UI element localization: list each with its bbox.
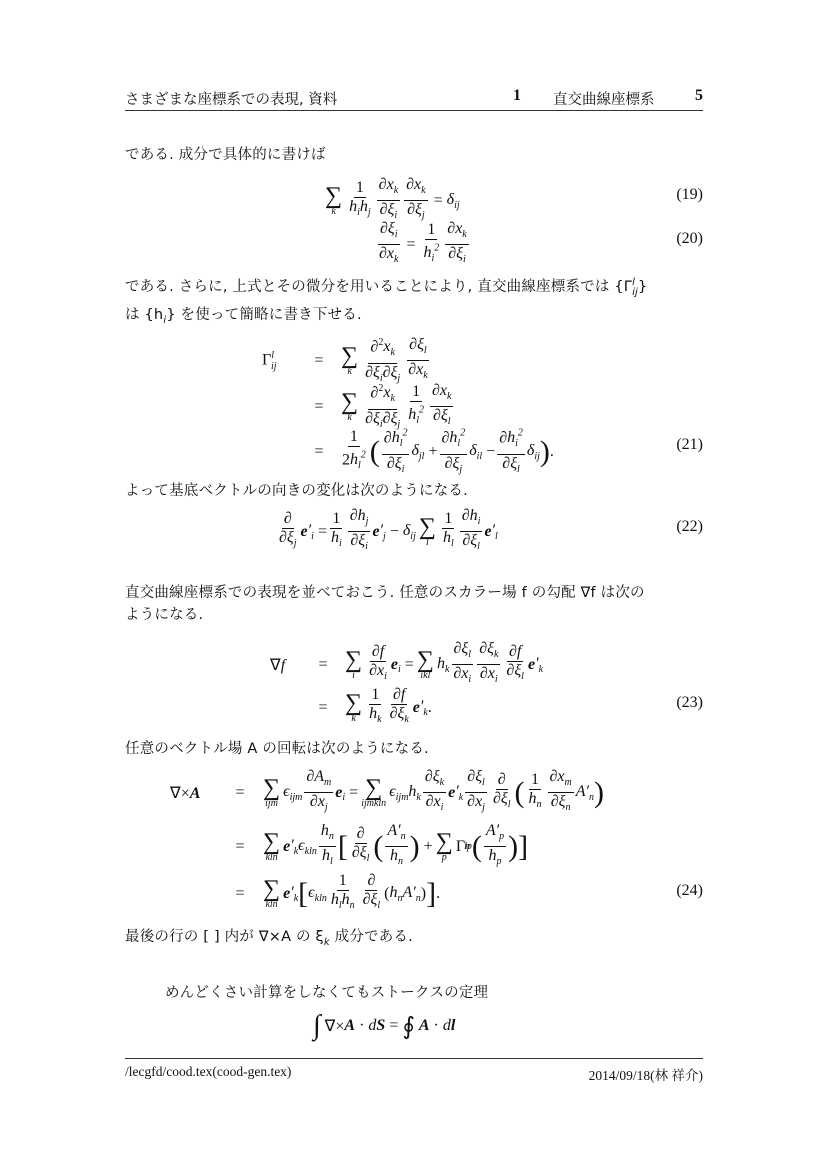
document-page: さまざまな座標系での表現, 資料 1 直交曲線座標系 5 である. 成分で具体的… — [0, 0, 826, 1169]
equation-22: ∂∂ξj e′i = 1hi ∂hj∂ξi e′j − δij ∑l 1hl ∂… — [275, 507, 498, 556]
stokes-theorem-equation: ∫ ∇×A · dS = ∮ A · dl — [313, 1010, 455, 1042]
equation-20: ∂ξi∂xk = 1hi2 ∂xk∂ξi — [375, 220, 471, 269]
equation-number-24: (24) — [676, 882, 703, 900]
section-number: 1 — [513, 87, 521, 105]
document-title: さまざまな座標系での表現, 資料 — [125, 88, 337, 109]
equation-number-23: (23) — [676, 694, 703, 712]
paragraph-3: よって基底ベクトルの向きの変化は次のようになる. — [125, 480, 705, 502]
paragraph-5: 任意のベクトル場 A の回転は次のようになる. — [125, 738, 705, 760]
equation-24-line-1: ∇×A = ∑ijm ϵijm ∂Am∂xj ei = ∑ijmkln ϵijm… — [170, 768, 604, 817]
paragraph-7: めんどくさい計算をしなくてもストークスの定理 — [165, 982, 745, 1004]
paragraph-6: 最後の行の [ ] 内が ∇×A の ξk 成分である. — [125, 926, 705, 954]
source-path: /lecgfd/cood.tex(cood-gen.tex) — [125, 1064, 291, 1080]
paragraph-4: 直交曲線座標系での表現を並べておこう. 任意のスカラー場 f の勾配 ∇f は次… — [125, 582, 705, 626]
equation-19: ∑k 1hihj ∂xk∂ξi ∂xk∂ξj = δij — [322, 176, 460, 225]
date-author: 2014/09/18(林 祥介) — [589, 1064, 703, 1084]
paragraph-2: である. さらに, 上式とその微分を用いることにより, 直交曲線座標系では {Γ… — [125, 272, 705, 332]
equation-23-line-2: = ∑k 1hk ∂f∂ξk e′k. — [270, 686, 432, 729]
equation-21-line-3: = 12hl2 ( ∂hl2∂ξiδjl + ∂hl2∂ξjδil − ∂hi2… — [262, 425, 554, 479]
equation-number-21: (21) — [676, 436, 703, 454]
section-title: 直交曲線座標系 — [553, 88, 655, 109]
equation-number-22: (22) — [676, 518, 703, 536]
equation-23-line-1: ∇f = ∑i ∂f∂xi ei = ∑ikl hk ∂ξl∂xi ∂ξk∂xi… — [270, 640, 543, 689]
equation-number-20: (20) — [676, 230, 703, 248]
page-number: 5 — [695, 87, 703, 105]
running-header: さまざまな座標系での表現, 資料 1 直交曲線座標系 5 — [125, 86, 703, 111]
equation-24-line-2: = ∑kln e′kϵkln hnhl [ ∂∂ξl (A′nhn) + ∑p … — [170, 822, 528, 871]
paragraph-1: である. 成分で具体的に書けば — [125, 144, 705, 166]
equation-number-19: (19) — [676, 186, 703, 204]
running-footer: /lecgfd/cood.tex(cood-gen.tex) 2014/09/1… — [125, 1058, 703, 1059]
equation-24-line-3: = ∑kln e′k [ ϵkln 1hlhn ∂∂ξl (hnA′n) ]. — [170, 872, 440, 915]
